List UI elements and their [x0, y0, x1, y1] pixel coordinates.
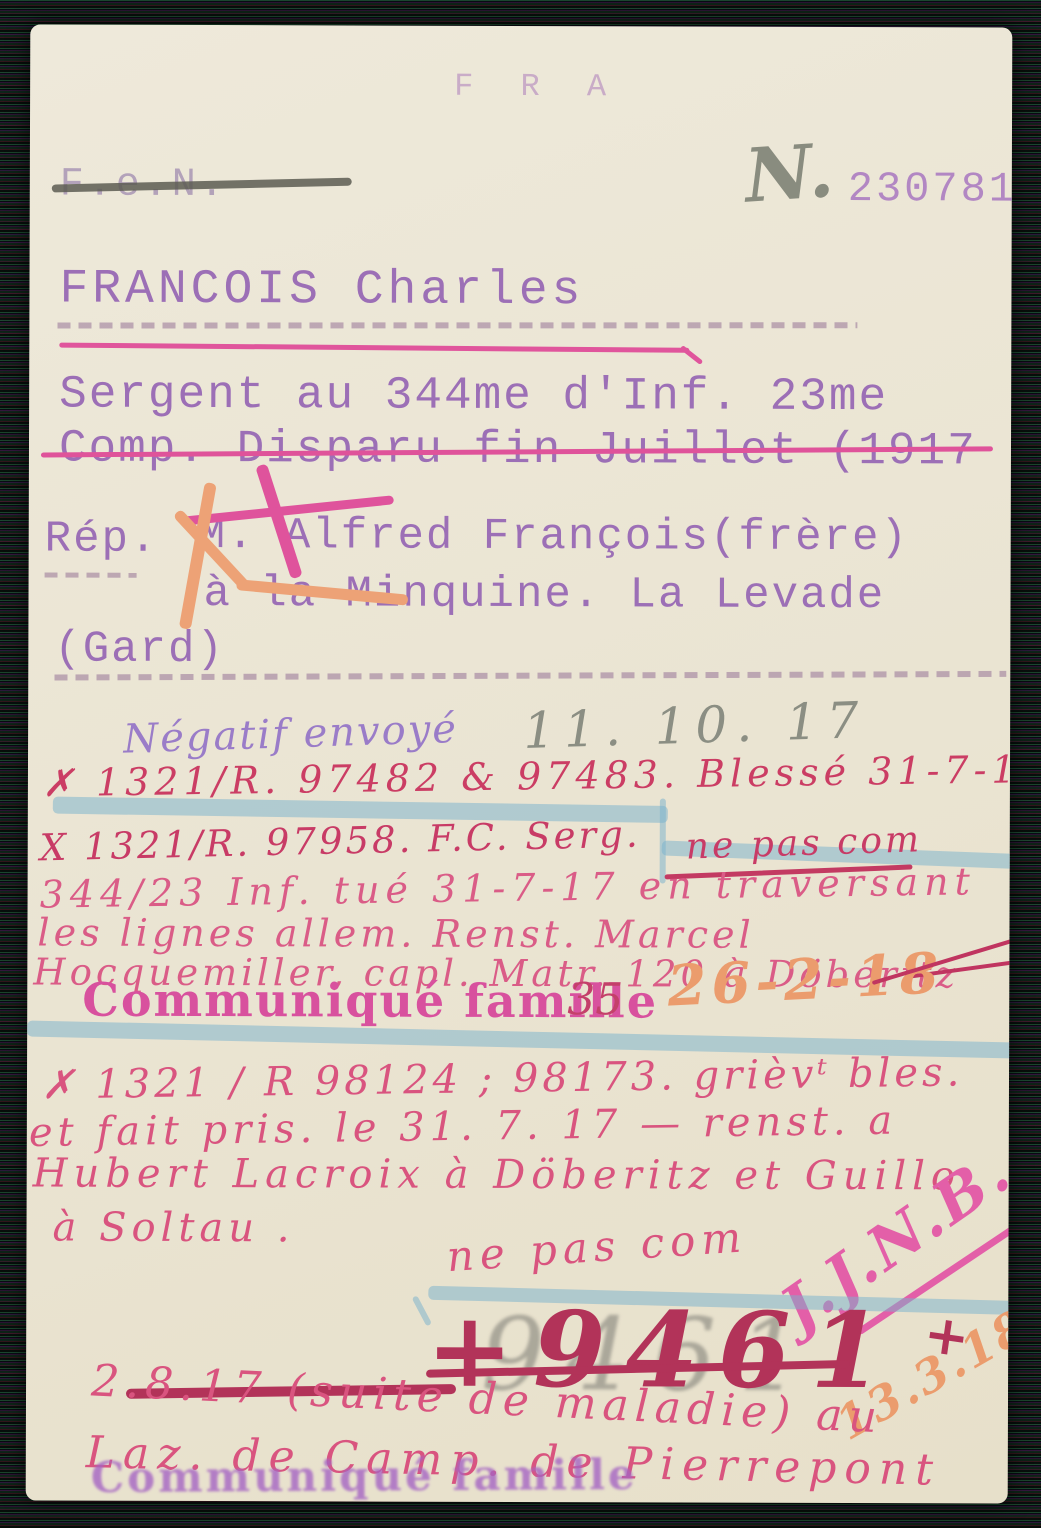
second-note-4: à Soltau . [52, 1205, 294, 1252]
second-note-3: Hubert Lacroix à Döberitz et Guillo [33, 1150, 961, 1199]
unit-line-1: Sergent au 344me d'Inf. 23me [59, 369, 888, 424]
respondent-label: Rép. [45, 515, 159, 565]
pink-underline-hook [680, 345, 704, 365]
pink-underline [59, 343, 689, 353]
typed-underline-rep [45, 573, 137, 578]
typed-underline [57, 322, 857, 328]
person-name: FRANCOIS Charles [59, 263, 584, 319]
number-prefix-handwritten: N. [742, 128, 836, 220]
respondent-line-3: (Gard) [54, 625, 225, 676]
famille-stamp-date-orange: 26-2-18 [666, 940, 945, 1020]
famille-stamp-number: 35 [567, 974, 623, 1025]
bottom-communique-stamp: Communiqué famille [91, 1450, 638, 1502]
negatif-stamp: Négatif envoyé [122, 706, 458, 763]
country-code-stamp: F R A [454, 68, 620, 106]
respondent-line-1: M. Alfred François(frère) [199, 511, 909, 563]
scan-background: { "palette": { "card_bg": "#eae4d2", "ty… [0, 0, 1041, 1528]
second-note-5: ne pas com [445, 1212, 748, 1281]
card-number: 230781 [848, 165, 1013, 214]
index-card: F R A F.e.N. N. 230781 FRANCOIS Charles … [26, 24, 1013, 1503]
red-note-3: 344/23 Inf. tué 31-7-17 en traversant [39, 859, 976, 916]
red-note-2a: X 1321/R. 97958. F.C. Serg. [39, 813, 641, 870]
red-note-4: les lignes allem. Renst. Marcel [37, 910, 754, 956]
